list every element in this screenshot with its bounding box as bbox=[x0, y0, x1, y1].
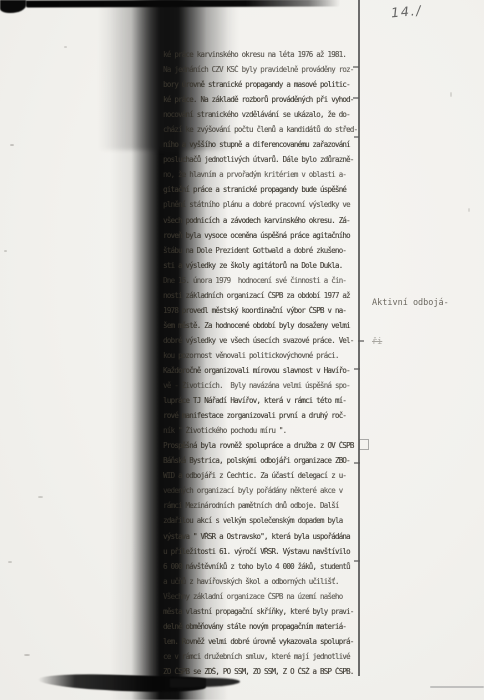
text-line: ník " Životického pochodu míru ". bbox=[163, 423, 357, 438]
text-line: vedených organizací byly pořádány někter… bbox=[163, 483, 357, 498]
paper-speck bbox=[64, 46, 67, 48]
typewritten-text: ké práce karvinského okresu na léta 1976… bbox=[163, 47, 357, 679]
scan-edge-top bbox=[26, 0, 340, 8]
text-line: zdařilou akcí s velkým společenským dopa… bbox=[163, 513, 357, 528]
text-line: ního a vyššího stupně a diferencovanému … bbox=[163, 137, 357, 152]
text-line: rové manifestace zorganizovali první a d… bbox=[163, 408, 357, 423]
text-line: posluchačů jednotlivých útvarů. Dále byl… bbox=[163, 152, 357, 167]
margin-note-line: ři bbox=[372, 336, 449, 349]
margin-note-line: Aktivní odbojá- bbox=[372, 297, 449, 310]
text-line: chází ke zvýšování počtu členů a kandidá… bbox=[163, 122, 357, 137]
text-line: štábu na Dole Prezident Gottwald a dobré… bbox=[163, 243, 357, 258]
text-line: Dne 15. února 1979 hodnocení své činnost… bbox=[163, 273, 357, 288]
text-line: 1978 provedl městský koordinační výbor Č… bbox=[163, 303, 357, 318]
rule-mark-box bbox=[359, 439, 369, 450]
column-rule bbox=[358, 0, 360, 676]
handwritten-page-number: 14./ bbox=[390, 4, 422, 22]
text-line: rámci Mezinárodních pamětních dnů odboje… bbox=[163, 498, 357, 513]
paper-speck bbox=[8, 561, 12, 563]
text-line: všech podnicích a závodech karvinského o… bbox=[163, 213, 357, 228]
text-line: ZO ČSPB se ZDŠ, PO SSM, ZO SSM, Z O ČSŽ … bbox=[163, 664, 357, 679]
text-line: Báňská Bystrica, polskými odbojáři organ… bbox=[163, 453, 357, 468]
rule-tick bbox=[358, 340, 364, 342]
text-line: u příležitosti 61. výročí VŘSR. Výstavu … bbox=[163, 544, 357, 559]
text-line: nocování stranického vzdělávání se ukáza… bbox=[163, 107, 357, 122]
text-line: no, že hlavním a prvořadým kritériem v o… bbox=[163, 167, 357, 182]
text-line: výstava " VŘSR a Ostravsko", která byla … bbox=[163, 529, 357, 544]
paper-speck bbox=[24, 654, 30, 656]
paper-speck bbox=[468, 208, 470, 212]
text-line: nosti základních organizací ČSPB za obdo… bbox=[163, 288, 357, 303]
paper-speck bbox=[4, 250, 7, 252]
text-line: ce v rámci družebních smluv, které mají … bbox=[163, 649, 357, 664]
text-line: delně obměňovány stále novým propagačním… bbox=[163, 619, 357, 634]
scan-artifact-line bbox=[430, 686, 484, 688]
text-line: lupráce TJ Nářadí Havířov, která v rámci… bbox=[163, 393, 357, 408]
text-line: lem. Rovněž velmi dobré úrovně vykazoval… bbox=[163, 634, 357, 649]
scan-edge-corner bbox=[0, 0, 26, 13]
text-line: dobré výsledky ve všech úsecích svazové … bbox=[163, 333, 357, 348]
text-line: a učňů z havířovských škol a odborných u… bbox=[163, 574, 357, 589]
text-line: gitační práce a stranické propagandy bud… bbox=[163, 182, 357, 197]
text-line: šem městě. Za hodnocené období byly dosa… bbox=[163, 318, 357, 333]
text-line: Každoročně organizovali mírovou slavnost… bbox=[163, 363, 357, 378]
text-line: bory úrovně stranické propagandy a masov… bbox=[163, 77, 357, 92]
text-line: WID a odbojáři z Čechtic. Za účastí dele… bbox=[163, 468, 357, 483]
text-line: ké práce karvinského okresu na léta 1976… bbox=[163, 47, 357, 62]
text-line: města vlastní propagační skříňky, které … bbox=[163, 604, 357, 619]
text-line: 6 000 návštěvníků z toho bylo 4 000 žáků… bbox=[163, 559, 357, 574]
text-line: ké práce. Na základě rozborů prováděných… bbox=[163, 92, 357, 107]
text-line: plnění státního plánu a dobré pracovní v… bbox=[163, 197, 357, 212]
text-line: sti a výsledky ze školy agitátorů na Dol… bbox=[163, 258, 357, 273]
paper-speck bbox=[10, 144, 14, 146]
paper-speck bbox=[450, 92, 452, 97]
text-line: Na jednáních CZV KSČ byly pravidelně pro… bbox=[163, 62, 357, 77]
text-line: kou pozornost věnovali politickovýchovné… bbox=[163, 348, 357, 363]
text-line: Všechny základní organizace ČSPB na územ… bbox=[163, 589, 357, 604]
text-line: Prospěšná byla rovněž spolupráce a družb… bbox=[163, 438, 357, 453]
scanned-page: 14./ Aktivní odbojá- ři ké práce karvins… bbox=[0, 0, 484, 700]
text-line: vě - Životicích. Byly navázána velmi úsp… bbox=[163, 378, 357, 393]
paper-speck bbox=[38, 496, 43, 498]
margin-note: Aktivní odbojá- ři bbox=[372, 271, 449, 375]
text-line: roveň byla vysoce oceněna úspěšná práce … bbox=[163, 228, 357, 243]
